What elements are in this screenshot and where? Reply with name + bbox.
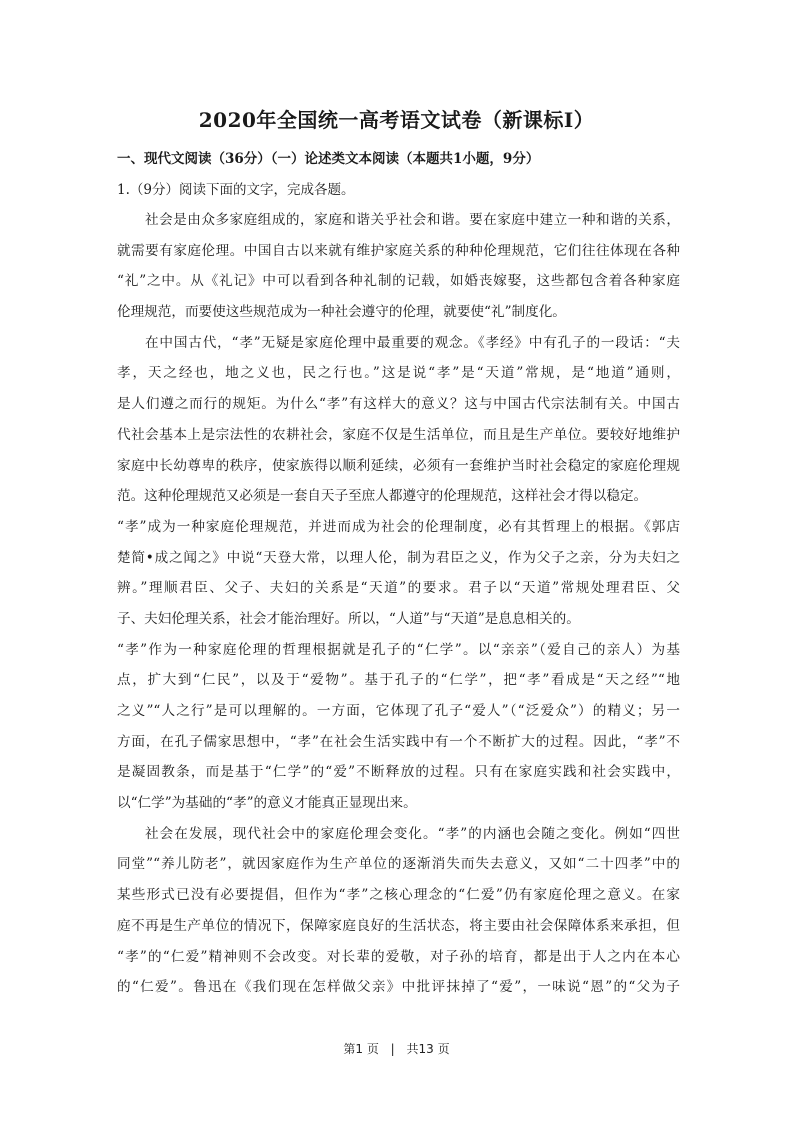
passage-line: 是人们遵之而行的规矩。为什么“孝”有这样大的意义？这与中国古代宗法制有关。中国古 [117,389,680,420]
page-title: 2020年全国统一高考语文试卷（新课标Ⅰ） [0,104,793,133]
passage-line: 以“仁学”为基础的“孝”的意义才能真正显现出来。 [117,788,680,819]
passage-line: 就需要有家庭伦理。中国自古以来就有维护家庭关系的种种伦理规范，它们往往体现在各种 [117,236,680,267]
passage-line: 伦理规范，而要使这些规范成为一种社会遵守的伦理，就要使“礼”制度化。 [117,297,680,328]
footer-separator: | [391,1042,395,1056]
passage-line: 孝，天之经也，地之义也，民之行也。”这是说“孝”是“天道”常规，是“地道”通则， [117,358,680,389]
passage-line: 在中国古代，“孝”无疑是家庭伦理中最重要的观念。《孝经》中有孔子的一段话：“夫 [117,328,680,359]
section-heading: 一、现代文阅读（36分）（一）论述类文本阅读（本题共1小题，9分） [117,147,539,167]
passage-line: 楚简•成之闻之》中说“天登大常，以理人伦，制为君臣之义，作为父子之亲，分为夫妇之 [117,543,680,574]
question-intro: 1.（9分）阅读下面的文字，完成各题。 [117,178,354,198]
page-footer: 第1 页 | 共13 页 [0,1040,793,1057]
page-number-current: 第1 页 [343,1042,378,1056]
passage-line: “孝”的“仁爱”精神则不会改变。对长辈的爱敬，对子孙的培育，都是出于人之内在本心 [117,942,680,973]
passage-line: 的“仁爱”。鲁迅在《我们现在怎样做父亲》中批评抹掉了“爱”，一味说“恩”的“父为… [117,972,680,1003]
passage-line: 范。这种伦理规范又必须是一套自天子至庶人都遵守的伦理规范，这样社会才得以稳定。 [117,481,680,512]
passage-line: 庭不再是生产单位的情况下，保障家庭良好的生活状态，将主要由社会保障体系来承担，但 [117,911,680,942]
page-number-total: 共13 页 [407,1042,450,1056]
passage-line: “孝”作为一种家庭伦理的哲理根据就是孔子的“仁学”。以“亲亲”（爱自己的亲人）为… [117,635,680,666]
passage-line: 是凝固教条，而是基于“仁学”的“爱”不断释放的过程。只有在家庭实践和社会实践中， [117,757,680,788]
passage-line: 子、夫妇伦理关系，社会才能治理好。所以，“人道”与“天道”是息息相关的。 [117,604,680,635]
passage-line: 之义”“人之行”是可以理解的。一方面，它体现了孔子“爱人”（“泛爱众”）的精义；… [117,696,680,727]
passage-line: 同堂”“养儿防老”，就因家庭作为生产单位的逐渐消失而失去意义，又如“二十四孝”中… [117,849,680,880]
passage-line: “孝”成为一种家庭伦理规范，并进而成为社会的伦理制度，必有其哲理上的根据。《郭店 [117,512,680,543]
passage-line: 代社会基本上是宗法性的农耕社会，家庭不仅是生活单位，而且是生产单位。要较好地维护 [117,420,680,451]
passage-line: 方面，在孔子儒家思想中，“孝”在社会生活实践中有一个不断扩大的过程。因此，“孝”… [117,727,680,758]
passage-line: 点，扩大到“仁民”，以及于“爱物”。基于孔子的“仁学”，把“孝”看成是“天之经”… [117,665,680,696]
passage-line: 辨。”理顺君臣、父子、夫妇的关系是“天道”的要求。君子以“天道”常规处理君臣、父 [117,573,680,604]
passage-line: “礼”之中。从《礼记》中可以看到各种礼制的记载，如婚丧嫁娶，这些都包含着各种家庭 [117,266,680,297]
passage-line: 社会是由众多家庭组成的，家庭和谐关乎社会和谐。要在家庭中建立一种和谐的关系， [117,205,680,236]
passage-line: 某些形式已没有必要提倡，但作为“孝”之核心理念的“仁爱”仍有家庭伦理之意义。在家 [117,880,680,911]
passage-line: 社会在发展，现代社会中的家庭伦理会变化。“孝”的内涵也会随之变化。例如“四世 [117,819,680,850]
passage-body: 社会是由众多家庭组成的，家庭和谐关乎社会和谐。要在家庭中建立一种和谐的关系，就需… [117,205,680,1003]
document-page: 2020年全国统一高考语文试卷（新课标Ⅰ） 一、现代文阅读（36分）（一）论述类… [0,0,793,1122]
passage-line: 家庭中长幼尊卑的秩序，使家族得以顺利延续，必须有一套维护当时社会稳定的家庭伦理规 [117,451,680,482]
